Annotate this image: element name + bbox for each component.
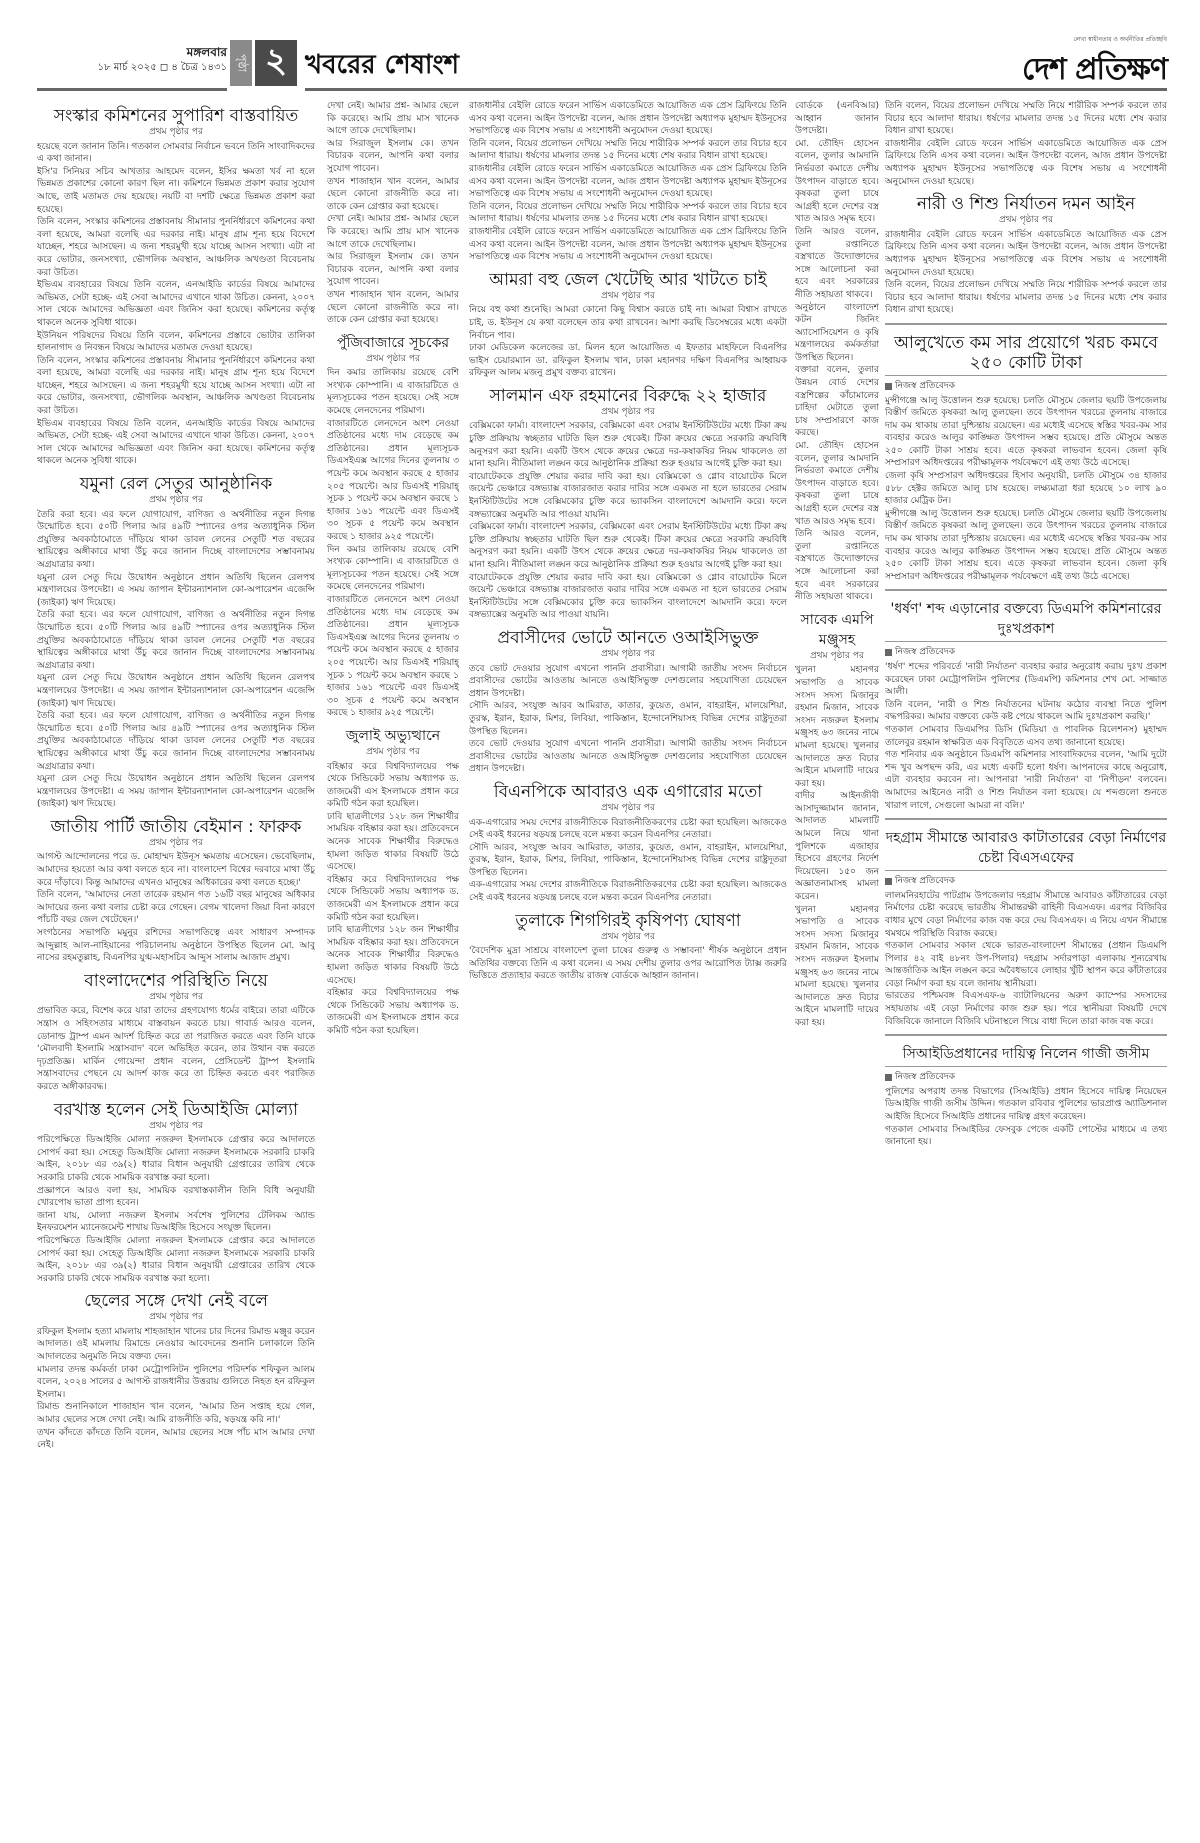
paragraph: ঢাবি ছাত্রলীগের ১২৮ জন শিক্ষার্থীর সাময়… bbox=[327, 811, 459, 874]
headline: সংস্কার কমিশনের সুপারিশ বাস্তবায়িত bbox=[37, 106, 315, 126]
article-jail-time: আমরা বহু জেল খেটেছি আর খাটতে চাই প্রথম প… bbox=[469, 270, 787, 380]
byline: নিজস্ব প্রতিবেদক bbox=[885, 646, 1167, 659]
headline: পুঁজিবাজারে সূচকের bbox=[327, 333, 459, 353]
column-4: বোর্ডকে (এনবিআর) আহ্বান জানান উপদেষ্টা। … bbox=[795, 100, 879, 1835]
paragraph: রাজধানীর বেইলি রোডে ফরেন সার্ভিস একাডেমি… bbox=[885, 138, 1167, 188]
paragraph: গতকাল সোমবার সিআইডির ফেসবুক পেজে একটি পো… bbox=[885, 1124, 1167, 1149]
paragraph: রাজধানীর বেইলি রোডে ফরেন সার্ভিস একাডেমি… bbox=[469, 163, 787, 201]
paragraph: তিনি বলেন, বিয়ের প্রলোভন দেখিয়ে সম্মতি… bbox=[885, 100, 1167, 138]
byline-square-icon bbox=[885, 383, 892, 390]
paragraph: বহিষ্কার করে বিশ্ববিদ্যালয়ের পক্ষ থেকে … bbox=[327, 987, 459, 1037]
headline: বিএনপিকে আবারও এক এগারোর মতো bbox=[469, 782, 787, 802]
article-bangladesh-situation: বাংলাদেশের পরিস্থিতি নিয়ে প্রথম পৃষ্ঠার… bbox=[37, 971, 315, 1094]
paragraph: 'ধর্ষণ' শব্দের পরিবর্তে 'নারী নির্যাতন' … bbox=[885, 661, 1167, 699]
paragraph: তখন শাজাহান খান বলেন, আমার ছেলে কোনো রাজ… bbox=[327, 176, 459, 214]
paragraph: মো. তৌহিদ হোসেন বলেন, তুলার আমদানি নির্ভ… bbox=[795, 440, 879, 528]
byline-square-icon bbox=[885, 878, 892, 885]
paragraph: অনুষ্ঠানে বাংলাদেশ কটন জিনিং অ্যাসোসিয়ে… bbox=[795, 302, 879, 365]
byline-square-icon bbox=[885, 649, 892, 656]
headline: তুলাকে শিগগিরই কৃষিপণ্য ঘোষণা bbox=[469, 911, 787, 931]
headline: আমরা বহু জেল খেটেছি আর খাটতে চাই bbox=[469, 270, 787, 290]
headline: আলুখেতে কম সার প্রয়োগে খরচ কমবে ২৫০ কোট… bbox=[885, 333, 1167, 373]
continued-label: প্রথম পৃষ্ঠার পর bbox=[469, 290, 787, 303]
paragraph: তিনি বলেন, বিয়ের প্রলোভন দেখিয়ে সম্মতি… bbox=[469, 138, 787, 163]
continued-label: প্রথম পৃষ্ঠার পর bbox=[469, 802, 787, 815]
article-son-meeting: ছেলের সঙ্গে দেখা নেই বলে প্রথম পৃষ্ঠার প… bbox=[37, 1291, 315, 1452]
article-reform-commission: সংস্কার কমিশনের সুপারিশ বাস্তবায়িত প্রথ… bbox=[37, 106, 315, 468]
byline-square-icon bbox=[885, 1074, 892, 1081]
paragraph: বাজারটিতে লেনদেনে অংশ নেওয়া প্রতিষ্ঠানে… bbox=[327, 594, 459, 720]
paragraph: প্রজ্ঞাপনে আরও বলা হয়, সাময়িক বরখাস্তক… bbox=[37, 1185, 315, 1210]
article-expatriate-voting: প্রবাসীদের ভোটে আনতে ওআইসিভুক্ত প্রথম পৃ… bbox=[469, 628, 787, 776]
column-3: রাজধানীর বেইলি রোডে ফরেন সার্ভিস একাডেমি… bbox=[469, 100, 787, 1835]
article-jamuna-rail-bridge: যমুনা রেল সেতুর আনুষ্ঠানিক প্রথম পৃষ্ঠার… bbox=[37, 474, 315, 811]
article-dig-mollah: বরখাস্ত হলেন সেই ডিআইজি মোল্যা প্রথম পৃষ… bbox=[37, 1100, 315, 1286]
paragraph: রাজধানীর বেইলি রোডে ফরেন সার্ভিস একাডেমি… bbox=[469, 226, 787, 264]
continued-label: প্রথম পৃষ্ঠার পর bbox=[469, 931, 787, 944]
page-content: সংস্কার কমিশনের সুপারিশ বাস্তবায়িত প্রথ… bbox=[37, 100, 1167, 1835]
article-dahagram-border: দহগ্রাম সীমান্তে আবারও কাটাতারের বেড়া ন… bbox=[885, 818, 1167, 1028]
issue-date-text: ১৮ মার্চ ২০২৫ ◻ ৪ চৈত্র ১৪৩১ bbox=[98, 60, 227, 76]
article-cid-chief: সিআইডিপ্রধানের দায়িত্ব নিলেন গাজী জসীম … bbox=[885, 1034, 1167, 1149]
article-former-mp-monju: সাবেক এমপি মঞ্জুসহ প্রথম পৃষ্ঠার পর খুলন… bbox=[795, 610, 879, 1030]
paragraph: গতকাল সোমবার সকাল থেকে ভারত-বাংলাদেশ সীম… bbox=[885, 940, 1167, 990]
paragraph: বহিষ্কার করে বিশ্ববিদ্যালয়ের পক্ষ থেকে … bbox=[327, 761, 459, 811]
paragraph: রফিকুল ইসলাম হত্যা মামলায় শাহজাহান খানে… bbox=[37, 1326, 315, 1364]
paragraph: দিন কমার তালিকায় রয়েছে বেশি সংখ্যক কোম… bbox=[327, 367, 459, 417]
headline: জুলাই অভ্যুত্থানে bbox=[327, 726, 459, 746]
paragraph: তবে ভোট দেওয়ার সুযোগ এখনো পাননি প্রবাসী… bbox=[469, 663, 787, 701]
byline-text: নিজস্ব প্রতিবেদক bbox=[895, 646, 955, 659]
paragraph: খুলনা মহানগর সভাপতি ও সাবেক সংসদ সদস্য ম… bbox=[795, 904, 879, 1030]
continued-label: প্রথম পৃষ্ঠার পর bbox=[37, 991, 315, 1004]
paragraph: ঢাকা মেডিকেল কলেজের ডা. মিলন হলে আয়োজিত… bbox=[469, 342, 787, 380]
byline: নিজস্ব প্রতিবেদক bbox=[885, 380, 1167, 393]
continued-label: প্রথম পৃষ্ঠার পর bbox=[469, 648, 787, 661]
paragraph: প্রভাবিত করে, বিশেষ করে যারা তাদের গ্রহণ… bbox=[37, 1005, 315, 1093]
paragraph: তিনি বলেন, 'আমাদের নেতা তারেক রহমান গত ১… bbox=[37, 889, 315, 927]
paragraph: আগস্ট আন্দোলনের পরে ড. মোহাম্মদ ইউনূস ক্… bbox=[37, 851, 315, 889]
article-salman-rahman: সালমান এফ রহমানের বিরুদ্ধে ২২ হাজার প্রথ… bbox=[469, 386, 787, 622]
paragraph: বক্তারা বলেন, তুলার উন্নয়ন বোর্ড দেশের … bbox=[795, 364, 879, 440]
paragraph: মুন্সীগঞ্জে আলু উত্তোলন শুরু হয়েছে। চলত… bbox=[885, 508, 1167, 584]
article-jatiya-party: জাতীয় পার্টি জাতীয় বেইমান : ফারুক প্রথ… bbox=[37, 817, 315, 965]
paragraph: বায়োটেককে প্রযুক্তি শেয়ার করার দাবি কর… bbox=[469, 572, 787, 622]
issue-date: মঙ্গলবার ১৮ মার্চ ২০২৫ ◻ ৪ চৈত্র ১৪৩১ bbox=[98, 44, 227, 76]
article-women-child-law: নারী ও শিশু নির্যাতন দমন আইন প্রথম পৃষ্ঠ… bbox=[885, 194, 1167, 317]
paragraph: বহিষ্কার করে বিশ্ববিদ্যালয়ের পক্ষ থেকে … bbox=[327, 874, 459, 924]
continued-label: প্রথম পৃষ্ঠার পর bbox=[37, 837, 315, 850]
article-dmp-commissioner: 'ধর্ষণ' শব্দ এড়ানোর বক্তব্যে ডিএমপি কমি… bbox=[885, 589, 1167, 812]
paragraph: তিনি আরও বলেন, তুলা রপ্তানিতে বস্ত্রখাতে… bbox=[795, 528, 879, 604]
paragraph: দেখা নেই। আমার প্রশ্ন- আমার ছেলে কি করেছ… bbox=[327, 100, 459, 138]
paragraph: যমুনা রেল সেতু দিয়ে উদ্বোধন অনুষ্ঠানে প… bbox=[37, 572, 315, 610]
headline: নারী ও শিশু নির্যাতন দমন আইন bbox=[885, 194, 1167, 214]
headline: প্রবাসীদের ভোটে আনতে ওআইসিভুক্ত bbox=[469, 628, 787, 648]
continued-label: প্রথম পৃষ্ঠার পর bbox=[885, 214, 1167, 227]
continued-label: প্রথম পৃষ্ঠার পর bbox=[37, 126, 315, 139]
masthead-rule-left bbox=[37, 88, 227, 91]
continued-label: প্রথম পৃষ্ঠার পর bbox=[795, 650, 879, 663]
paragraph: ঢাবি ছাত্রলীগের ১২৮ জন শিক্ষার্থীর সাময়… bbox=[327, 924, 459, 987]
section-title: খবরের শেষাংশ bbox=[305, 44, 459, 88]
headline: 'ধর্ষণ' শব্দ এড়ানোর বক্তব্যে ডিএমপি কমি… bbox=[885, 599, 1167, 639]
article-stock-market: পুঁজিবাজারে সূচকের প্রথম পৃষ্ঠার পর দিন … bbox=[327, 333, 459, 720]
paragraph: তৈরি করা হবে। এর ফলে যোগাযোগ, বাণিজ্য ও … bbox=[37, 710, 315, 773]
paragraph: দিন কমার তালিকায় রয়েছে বেশি সংখ্যক কোম… bbox=[327, 544, 459, 594]
paragraph: বেক্সিমকো ফার্মা। বাংলাদেশ সরকার, বেক্সি… bbox=[469, 521, 787, 571]
issue-day: মঙ্গলবার bbox=[98, 44, 227, 60]
paragraph: ইউনিয়ন পরিষদের বিষয়ে তিনি বলেন, কমিশনে… bbox=[37, 330, 315, 355]
paragraph: যমুনা রেল সেতু দিয়ে উদ্বোধন অনুষ্ঠানে প… bbox=[37, 773, 315, 811]
paragraph: তিনি বলেন, সংস্কার কমিশনের প্রস্তাবনায় … bbox=[37, 355, 315, 418]
paragraph: আর সিরাজুল ইসলাম কে। তখন বিচারক বলেন, আপ… bbox=[327, 138, 459, 176]
paragraph: তিনি বলেন, বিয়ের প্রলোভন দেখিয়ে সম্মতি… bbox=[469, 201, 787, 226]
paragraph: বাজারটিতে লেনদেনে অংশ নেওয়া প্রতিষ্ঠানে… bbox=[327, 418, 459, 544]
paragraph: জানা যায়, মোল্যা নজরুল ইসলাম সর্বশেষ পু… bbox=[37, 1210, 315, 1235]
byline-text: নিজস্ব প্রতিবেদক bbox=[895, 1071, 955, 1084]
paragraph: ভারতের পশ্চিমবঙ্গ বিএসএফ-৬ ব্যাটালিয়নের… bbox=[885, 990, 1167, 1028]
paragraph: মো. তৌহিদ হোসেন বলেন, তুলার আমদানি নির্ভ… bbox=[795, 138, 879, 226]
paragraph: সৌদি আরব, সংযুক্ত আরব আমিরাত, কাতার, কুয… bbox=[469, 842, 787, 880]
paragraph: পুলিশের অপরাধ তদন্ত বিভাগের (সিআইডি) প্র… bbox=[885, 1086, 1167, 1124]
paragraph: বায়োটেককে প্রযুক্তি শেয়ার করার দাবি কর… bbox=[469, 471, 787, 521]
paragraph: মামলার তদন্ত কর্মকর্তা ঢাকা মেট্রোপলিটন … bbox=[37, 1364, 315, 1402]
paragraph: তৈরি করা হবে। এর ফলে যোগাযোগ, বাণিজ্য ও … bbox=[37, 609, 315, 672]
brand-name: দেশ প্রতিক্ষণ bbox=[1022, 45, 1167, 96]
headline: দহগ্রাম সীমান্তে আবারও কাটাতারের বেড়া ন… bbox=[885, 828, 1167, 868]
paragraph: তৈরি করা হবে। এর ফলে যোগাযোগ, বাণিজ্য ও … bbox=[37, 509, 315, 572]
paragraph: তিনি আরও বলেন, তুলা রপ্তানিতে বস্ত্রখাতে… bbox=[795, 226, 879, 302]
paragraph: রাজধানীর বেইলি রোডে ফরেন সার্ভিস একাডেমি… bbox=[885, 229, 1167, 279]
column-1: সংস্কার কমিশনের সুপারিশ বাস্তবায়িত প্রথ… bbox=[37, 100, 315, 1835]
headline: জাতীয় পার্টি জাতীয় বেইমান : ফারুক bbox=[37, 817, 315, 837]
byline-text: নিজস্ব প্রতিবেদক bbox=[895, 875, 955, 888]
paragraph: তিনি বলেন, বিয়ের প্রলোভন দেখিয়ে সম্মতি… bbox=[885, 279, 1167, 317]
paragraph: বেক্সিমকো ফার্মা। বাংলাদেশ সরকার, বেক্সি… bbox=[469, 420, 787, 470]
headline: সালমান এফ রহমানের বিরুদ্ধে ২২ হাজার bbox=[469, 386, 787, 406]
headline: বাংলাদেশের পরিস্থিতি নিয়ে bbox=[37, 971, 315, 991]
paragraph: ইসি'র সিনিয়র সচিব আখতার আহমেদ বলেন, ইসি… bbox=[37, 166, 315, 216]
article-cotton-agri: তুলাকে শিগগিরই কৃষিপণ্য ঘোষণা প্রথম পৃষ্… bbox=[469, 911, 787, 983]
continued-label: প্রথম পৃষ্ঠার পর bbox=[327, 353, 459, 366]
continued-label: প্রথম পৃষ্ঠার পর bbox=[327, 746, 459, 759]
paragraph: যমুনা রেল সেতু দিয়ে উদ্বোধন অনুষ্ঠানে প… bbox=[37, 672, 315, 710]
paragraph: তখন শাজাহান খান বলেন, আমার ছেলে কোনো রাজ… bbox=[327, 289, 459, 327]
paragraph: এক-এগারোর সময় দেশের রাজনীতিকে বিরাজনীতি… bbox=[469, 817, 787, 842]
byline: নিজস্ব প্রতিবেদক bbox=[885, 1071, 1167, 1084]
brand-tagline: লেখা স্বাধীনতার ও অর্থনীতির প্রতিচ্ছবি bbox=[1022, 34, 1167, 45]
headline: ছেলের সঙ্গে দেখা নেই বলে bbox=[37, 1291, 315, 1311]
continued-label: প্রথম পৃষ্ঠার পর bbox=[37, 1311, 315, 1324]
paragraph: গতকাল সোমবার ডিএমপির ডিসি (মিডিয়া ও পাব… bbox=[885, 724, 1167, 749]
byline-text: নিজস্ব প্রতিবেদক bbox=[895, 380, 955, 393]
paragraph: সৌদি আরব, সংযুক্ত আরব আমিরাত, কাতার, কুয… bbox=[469, 700, 787, 738]
paragraph: রাজধানীর বেইলি রোডে ফরেন সার্ভিস একাডেমি… bbox=[469, 100, 787, 138]
continued-label: প্রথম পৃষ্ঠার পর bbox=[469, 406, 787, 419]
paragraph: খুলনা মহানগর সভাপতি ও সাবেক সংসদ সদস্য ম… bbox=[795, 664, 879, 790]
paragraph: লালমনিরহাটের পাটগ্রাম উপজেলার দহগ্রাম সী… bbox=[885, 890, 1167, 940]
continued-label: প্রথম পৃষ্ঠার পর bbox=[37, 494, 315, 507]
brand-logo: লেখা স্বাধীনতার ও অর্থনীতির প্রতিচ্ছবি দ… bbox=[1022, 34, 1167, 96]
paragraph: তবে ভোট দেওয়ার সুযোগ এখনো পাননি প্রবাসী… bbox=[469, 738, 787, 776]
headline: যমুনা রেল সেতুর আনুষ্ঠানিক bbox=[37, 474, 315, 494]
paragraph: তখন কাঁদতে কাঁদতে তিনি বলেন, আমার ছেলের … bbox=[37, 1427, 315, 1452]
paragraph: দেখা নেই। আমার প্রশ্ন- আমার ছেলে কি করেছ… bbox=[327, 213, 459, 251]
paragraph: রিমান্ড শুনানিকালে শাজাহান খান বলেন, 'আম… bbox=[37, 1401, 315, 1426]
byline: নিজস্ব প্রতিবেদক bbox=[885, 875, 1167, 888]
paragraph: বোর্ডকে (এনবিআর) আহ্বান জানান উপদেষ্টা। bbox=[795, 100, 879, 138]
article-bnp-one-eleven: বিএনপিকে আবারও এক এগারোর মতো প্রথম পৃষ্ঠ… bbox=[469, 782, 787, 905]
paragraph: এক-এগারোর সময় দেশের রাজনীতিকে বিরাজনীতি… bbox=[469, 879, 787, 904]
paragraph: জেলা কৃষি সম্প্রসারণ অধিদপ্তরের হিসাব অন… bbox=[885, 470, 1167, 508]
paragraph: বাদীর আইনজীবী আসাদুজ্জামান জানান, আদালত … bbox=[795, 790, 879, 903]
headline: সাবেক এমপি মঞ্জুসহ bbox=[795, 610, 879, 650]
paragraph: পরিপেক্ষিতে ডিআইজি মোল্যা নজরুল ইসলামকে … bbox=[37, 1235, 315, 1285]
paragraph: পরিপেক্ষিতে ডিআইজি মোল্যা নজরুল ইসলামকে … bbox=[37, 1134, 315, 1184]
paragraph: ইভিএম ব্যবহারের বিষয়ে তিনি বলেন, এনআইডি… bbox=[37, 418, 315, 468]
paragraph: তিনি বলেন, 'নারী ও শিশু নির্যাতনের ঘটনায… bbox=[885, 699, 1167, 724]
paragraph: ইভিএম ব্যবহারের বিষয়ে তিনি বলেন, এনআইডি… bbox=[37, 279, 315, 329]
paragraph: গত শনিবার এক অনুষ্ঠানে ডিএমপি কমিশনার সা… bbox=[885, 749, 1167, 812]
paragraph: সংগঠনের সভাপতি মমুনুর রশিদের সভাপতিত্বে … bbox=[37, 927, 315, 965]
continued-label: প্রথম পৃষ্ঠার পর bbox=[37, 1120, 315, 1133]
paragraph: হয়েছে বলে জানান তিনি। গতকাল সোমবার নির্… bbox=[37, 141, 315, 166]
article-potato-fertilizer: আলুখেতে কম সার প্রয়োগে খরচ কমবে ২৫০ কোট… bbox=[885, 323, 1167, 584]
column-2: দেখা নেই। আমার প্রশ্ন- আমার ছেলে কি করেছ… bbox=[327, 100, 459, 1835]
paragraph: নিয়ে বহু কথা শুনেছি। আমরা কোনো কিছু বিশ… bbox=[469, 304, 787, 342]
column-right: তিনি বলেন, বিয়ের প্রলোভন দেখিয়ে সম্মতি… bbox=[885, 100, 1167, 1835]
page-number: ২ bbox=[255, 40, 297, 86]
paragraph: তিনি বলেন, সংস্কার কমিশনের প্রস্তাবনায় … bbox=[37, 216, 315, 279]
headline: বরখাস্ত হলেন সেই ডিআইজি মোল্যা bbox=[37, 1100, 315, 1120]
paragraph: 'বৈদেশিক মুদ্রা সাশ্রয়ে বাংলাদেশ তুলা চ… bbox=[469, 945, 787, 983]
page-label: পৃষ্ঠা bbox=[230, 40, 252, 86]
article-july-uprising: জুলাই অভ্যুত্থানে প্রথম পৃষ্ঠার পর বহিষ্… bbox=[327, 726, 459, 1038]
paragraph: মুন্সীগঞ্জে আলু উত্তোলন শুরু হয়েছে। চলত… bbox=[885, 395, 1167, 471]
paragraph: আর সিরাজুল ইসলাম কে। তখন বিচারক বলেন, আপ… bbox=[327, 251, 459, 289]
masthead: মঙ্গলবার ১৮ মার্চ ২০২৫ ◻ ৪ চৈত্র ১৪৩১ পৃ… bbox=[37, 40, 1167, 90]
headline: সিআইডিপ্রধানের দায়িত্ব নিলেন গাজী জসীম bbox=[885, 1044, 1167, 1064]
